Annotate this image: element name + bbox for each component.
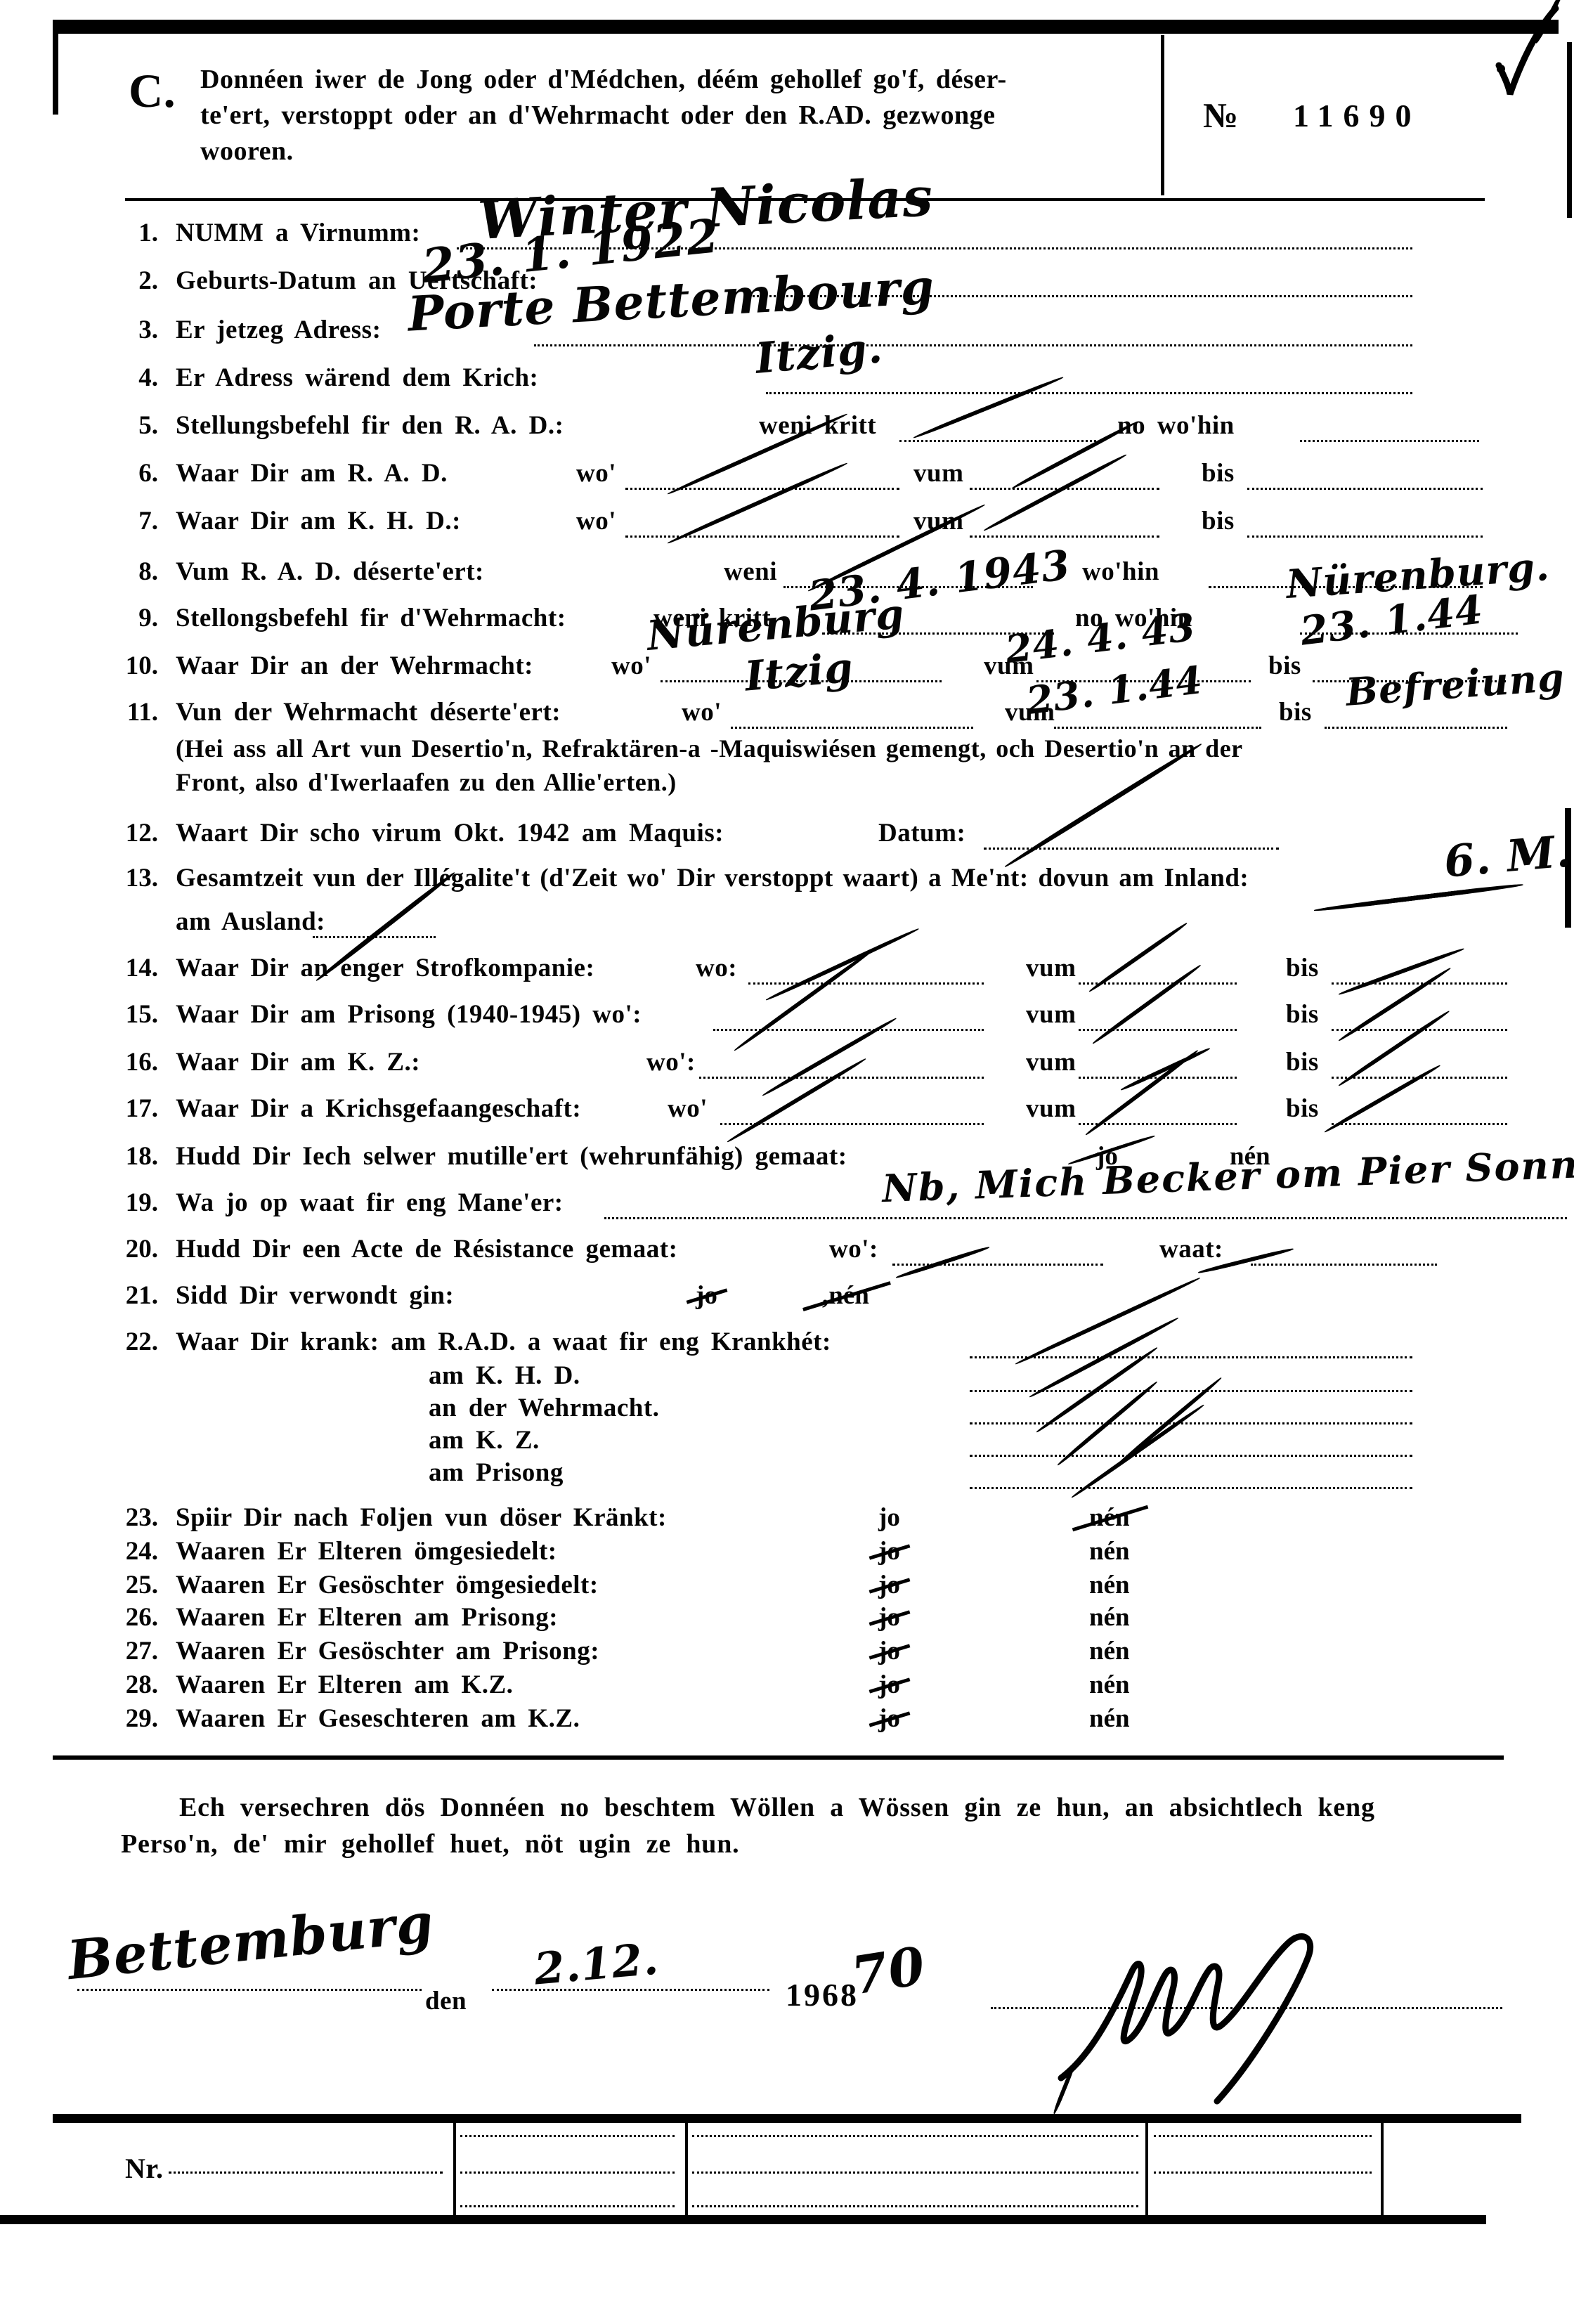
field-label: Waaren Er Geseschteren am K.Z.	[176, 1703, 580, 1734]
field-label: Waar Dir am R. A. D.	[176, 458, 448, 488]
item-number: 5.	[98, 410, 158, 441]
table-fill-line	[460, 2135, 675, 2137]
fill-line	[892, 1264, 1103, 1266]
fill-line	[970, 1422, 1412, 1424]
field-sublabel: bis	[1279, 697, 1312, 727]
table-fill-line	[1154, 2135, 1372, 2137]
field-label: Waaren Er Elteren ömgesiedelt:	[176, 1536, 557, 1566]
form-row: 7. Waar Dir am K. H. D.: wo' vum bis	[0, 506, 1574, 550]
field-sublabel: bis	[1286, 999, 1319, 1030]
fill-line	[699, 1077, 984, 1079]
field-sublabel: wo':	[829, 1234, 878, 1264]
option-nen: nén	[1089, 1670, 1130, 1700]
field-sublabel: vum	[1026, 999, 1076, 1030]
form-row: 20. Hudd Dir een Acte de Résistance gema…	[0, 1234, 1574, 1278]
option-nen: nén	[1089, 1536, 1130, 1566]
fill-line	[625, 535, 899, 538]
item-number: 19.	[98, 1188, 158, 1218]
item-number: 23.	[98, 1502, 158, 1533]
fill-line	[766, 392, 1412, 394]
field-sublabel: am Prisong	[429, 1458, 564, 1488]
field-sublabel: wo'	[576, 506, 616, 536]
form-number-label: №	[1203, 95, 1239, 136]
item-number: 4.	[98, 363, 158, 393]
field-label: Waar Dir am K. H. D.:	[176, 506, 461, 536]
field-sublabel: bis	[1286, 953, 1319, 983]
table-top-line	[53, 2114, 1521, 2123]
header-title-line: te'ert, verstoppt oder an d'Wehrmacht od…	[200, 98, 995, 134]
field-label: Wa jo op waat fir eng Mane'er:	[176, 1188, 564, 1218]
fill-line	[1332, 1123, 1507, 1125]
field-label: Gesamtzeit vun der Illégalite't (d'Zeit …	[176, 863, 1249, 893]
fill-line	[899, 440, 1096, 442]
form-row: 5. Stellungsbefehl fir den R. A. D.: wen…	[0, 410, 1574, 454]
year-printed: 1968	[786, 1976, 859, 2013]
fill-line	[713, 1029, 984, 1031]
item-number: 22.	[98, 1327, 158, 1357]
option-nen: nén	[1089, 1502, 1130, 1533]
field-label: Waaren Er Elteren am Prisong:	[176, 1602, 558, 1632]
field-label: Er jetzeg Adress:	[176, 315, 381, 345]
field-label: Waaren Er Elteren am K.Z.	[176, 1670, 513, 1700]
fill-line	[1247, 535, 1483, 538]
item-number: 26.	[98, 1602, 158, 1632]
field-label: Er Adress wärend dem Krich:	[176, 363, 538, 393]
field-label: Hudd Dir een Acte de Résistance gemaat:	[176, 1234, 677, 1264]
table-fill-line	[1154, 2172, 1372, 2174]
table-fill-line	[692, 2205, 1138, 2207]
scanned-form-page: C. Donnéen iwer de Jong oder d'Médchen, …	[0, 0, 1574, 2324]
option-nen: ,nén	[822, 1280, 869, 1311]
option-jo: jo	[878, 1703, 900, 1734]
fill-line	[1300, 440, 1479, 442]
fill-line	[1325, 727, 1507, 729]
option-nen: nén	[1089, 1703, 1130, 1734]
field-sublabel: waat:	[1159, 1234, 1223, 1264]
handwritten-date: 2.12.	[532, 1933, 661, 1994]
field-label: Waar Dir a Krichsgefaangeschaft:	[176, 1093, 581, 1124]
header-title-line: wooren.	[200, 134, 294, 169]
option-jo: jo	[878, 1570, 900, 1600]
item-number: 11.	[98, 697, 158, 727]
field-label: Sidd Dir verwondt gin:	[176, 1280, 454, 1311]
section-divider-line	[53, 1755, 1504, 1760]
item-number: 9.	[98, 603, 158, 633]
item-number: 29.	[98, 1703, 158, 1734]
fill-line	[534, 344, 1412, 346]
form-row: 29. Waaren Er Geseschteren am K.Z. jo né…	[0, 1703, 1574, 1747]
handwritten-value: Itzig	[743, 643, 855, 700]
item-number: 18.	[98, 1141, 158, 1171]
option-nen: nén	[1089, 1602, 1130, 1632]
form-row: 15. Waar Dir am Prisong (1940-1945) wo':…	[0, 999, 1574, 1043]
item-number: 2.	[98, 266, 158, 296]
option-jo: jo	[878, 1602, 900, 1632]
field-label: Stellongsbefehl fir d'Wehrmacht:	[176, 603, 566, 633]
handwritten-place: Bettemburg	[65, 1891, 437, 1992]
item-number: 24.	[98, 1536, 158, 1566]
item-number: 20.	[98, 1234, 158, 1264]
field-sublabel: wo'	[576, 458, 616, 488]
item-number: 1.	[98, 218, 158, 248]
field-sublabel: vum	[1026, 1093, 1076, 1124]
den-label: den	[425, 1986, 467, 2016]
item-number: 21.	[98, 1280, 158, 1311]
field-sublabel: wo:	[696, 953, 737, 983]
table-fill-line	[460, 2205, 675, 2207]
field-sublabel: weni	[724, 557, 777, 587]
item-number: 3.	[98, 315, 158, 345]
check-mark-icon	[1481, 6, 1566, 111]
form-row-note: Front, also d'Iwerlaafen zu den Allie'er…	[0, 767, 1574, 811]
field-sublabel: bis	[1286, 1093, 1319, 1124]
option-jo: jo	[696, 1280, 717, 1311]
field-sublabel: bis	[1286, 1047, 1319, 1077]
right-border-line	[1567, 42, 1572, 218]
table-fill-line	[460, 2172, 675, 2174]
item-number: 28.	[98, 1670, 158, 1700]
form-row: 16. Waar Dir am K. Z.: wo': vum bis	[0, 1047, 1574, 1091]
field-label: Waaren Er Gesöschter am Prisong:	[176, 1636, 599, 1666]
item-number: 25.	[98, 1570, 158, 1600]
form-row: 12. Waart Dir scho virum Okt. 1942 am Ma…	[0, 818, 1574, 862]
fill-line	[748, 982, 984, 985]
item-number: 27.	[98, 1636, 158, 1666]
field-sublabel: bis	[1202, 506, 1235, 536]
field-label: Waaren Er Gesöschter ömgesiedelt:	[176, 1570, 599, 1600]
table-column-line	[1145, 2118, 1148, 2218]
item-number: 7.	[98, 506, 158, 536]
fill-line	[1332, 982, 1507, 985]
field-sublabel: am K. Z.	[429, 1425, 540, 1455]
form-row: 17. Waar Dir a Krichsgefaangeschaft: wo'…	[0, 1093, 1574, 1137]
table-column-line	[1381, 2118, 1384, 2218]
fill-line	[1054, 727, 1261, 729]
field-sublabel: wo'	[682, 697, 722, 727]
field-label: Vum R. A. D. déserte'ert:	[176, 557, 484, 587]
table-bottom-line	[0, 2215, 1486, 2224]
place-fill-line	[77, 1989, 422, 1991]
signature	[1040, 1927, 1448, 2103]
fill-line	[1251, 1264, 1437, 1266]
field-label: Waar Dir am Prisong (1940-1945) wo':	[176, 999, 642, 1030]
section-letter: C.	[129, 63, 176, 119]
declaration-text: Perso'n, de' mir gehollef huet, nöt ugin…	[121, 1829, 739, 1859]
field-label: Waart Dir scho virum Okt. 1942 am Maquis…	[176, 818, 724, 848]
option-jo: jo	[878, 1536, 900, 1566]
note-text: (Hei ass all Art vun Desertio'n, Refrakt…	[176, 734, 1243, 763]
option-jo: jo	[878, 1636, 900, 1666]
declaration-text: Ech versechren dös Donnéen no beschtem W…	[179, 1792, 1375, 1823]
fill-line	[731, 727, 973, 729]
field-sublabel: vum	[1026, 953, 1076, 983]
item-number: 16.	[98, 1047, 158, 1077]
fill-line	[970, 535, 1159, 538]
field-sublabel: an der Wehrmacht.	[429, 1393, 659, 1423]
fill-line	[970, 1356, 1412, 1358]
option-nen: nén	[1089, 1570, 1130, 1600]
field-sublabel: wo'	[668, 1093, 708, 1124]
form-row: am Ausland:	[0, 907, 1574, 950]
table-fill-line	[169, 2172, 443, 2174]
field-sublabel: vum	[913, 506, 963, 536]
fill-line	[1079, 1029, 1237, 1031]
field-sublabel: wo'hin	[1082, 557, 1159, 587]
table-column-line	[453, 2118, 456, 2218]
table-fill-line	[692, 2172, 1138, 2174]
form-row: 13. Gesamtzeit vun der Illégalite't (d'Z…	[0, 863, 1574, 907]
field-label: Waar Dir an der Wehrmacht:	[176, 651, 533, 681]
field-label: Waar Dir krank: am R.A.D. a waat fir eng…	[176, 1327, 831, 1357]
note-text: Front, also d'Iwerlaafen zu den Allie'er…	[176, 767, 677, 797]
field-sublabel: vum	[913, 458, 963, 488]
fill-line	[1247, 488, 1483, 490]
field-sublabel: vum	[1026, 1047, 1076, 1077]
header-title-line: Donnéen iwer de Jong oder d'Médchen, déé…	[200, 62, 1007, 98]
top-border-line	[53, 20, 1559, 34]
handwritten-year: 70	[847, 1935, 930, 2006]
field-label: Vun der Wehrmacht déserte'ert:	[176, 697, 561, 727]
option-nen: nén	[1089, 1636, 1130, 1666]
field-label: NUMM a Virnumm:	[176, 218, 420, 248]
item-number: 17.	[98, 1093, 158, 1124]
field-sublabel: am K. H. D.	[429, 1361, 580, 1391]
item-number: 10.	[98, 651, 158, 681]
field-sublabel: wo'	[611, 651, 651, 681]
form-row: 21. Sidd Dir verwondt gin: jo ,nén	[0, 1280, 1574, 1324]
form-row: am Prisong	[0, 1458, 1574, 1501]
field-sublabel: Datum:	[878, 818, 965, 848]
form-row: 6. Waar Dir am R. A. D. wo' vum bis	[0, 458, 1574, 502]
fill-line	[970, 1455, 1412, 1457]
fill-line	[604, 1217, 1567, 1219]
date-fill-line	[492, 1989, 769, 1991]
field-label: Hudd Dir Iech selwer mutille'ert (wehrun…	[176, 1141, 847, 1171]
field-sublabel: no wo'hin	[1117, 410, 1235, 441]
item-number: 13.	[98, 863, 158, 893]
option-jo: jo	[878, 1670, 900, 1700]
field-label: Waar Dir an enger Strofkompanie:	[176, 953, 594, 983]
item-number: 6.	[98, 458, 158, 488]
table-column-line	[685, 2118, 688, 2218]
field-label: Waar Dir am K. Z.:	[176, 1047, 420, 1077]
nr-label: Nr.	[125, 2152, 163, 2185]
header-number-divider	[1161, 35, 1164, 195]
item-number: 12.	[98, 818, 158, 848]
item-number: 14.	[98, 953, 158, 983]
table-fill-line	[692, 2135, 1138, 2137]
field-sublabel: am Ausland:	[176, 907, 325, 937]
field-sublabel: bis	[1202, 458, 1235, 488]
field-label: Spiir Dir nach Foljen vun döser Kränkt:	[176, 1502, 667, 1533]
form-number-value: 11690	[1293, 97, 1421, 134]
option-jo: jo	[878, 1502, 900, 1533]
fill-line	[970, 1487, 1412, 1489]
item-number: 8.	[98, 557, 158, 587]
fill-line	[625, 488, 899, 490]
field-sublabel: wo':	[646, 1047, 696, 1077]
field-label: Stellungsbefehl fir den R. A. D.:	[176, 410, 564, 441]
field-sublabel: bis	[1268, 651, 1301, 681]
item-number: 15.	[98, 999, 158, 1030]
left-border-line	[53, 20, 58, 115]
